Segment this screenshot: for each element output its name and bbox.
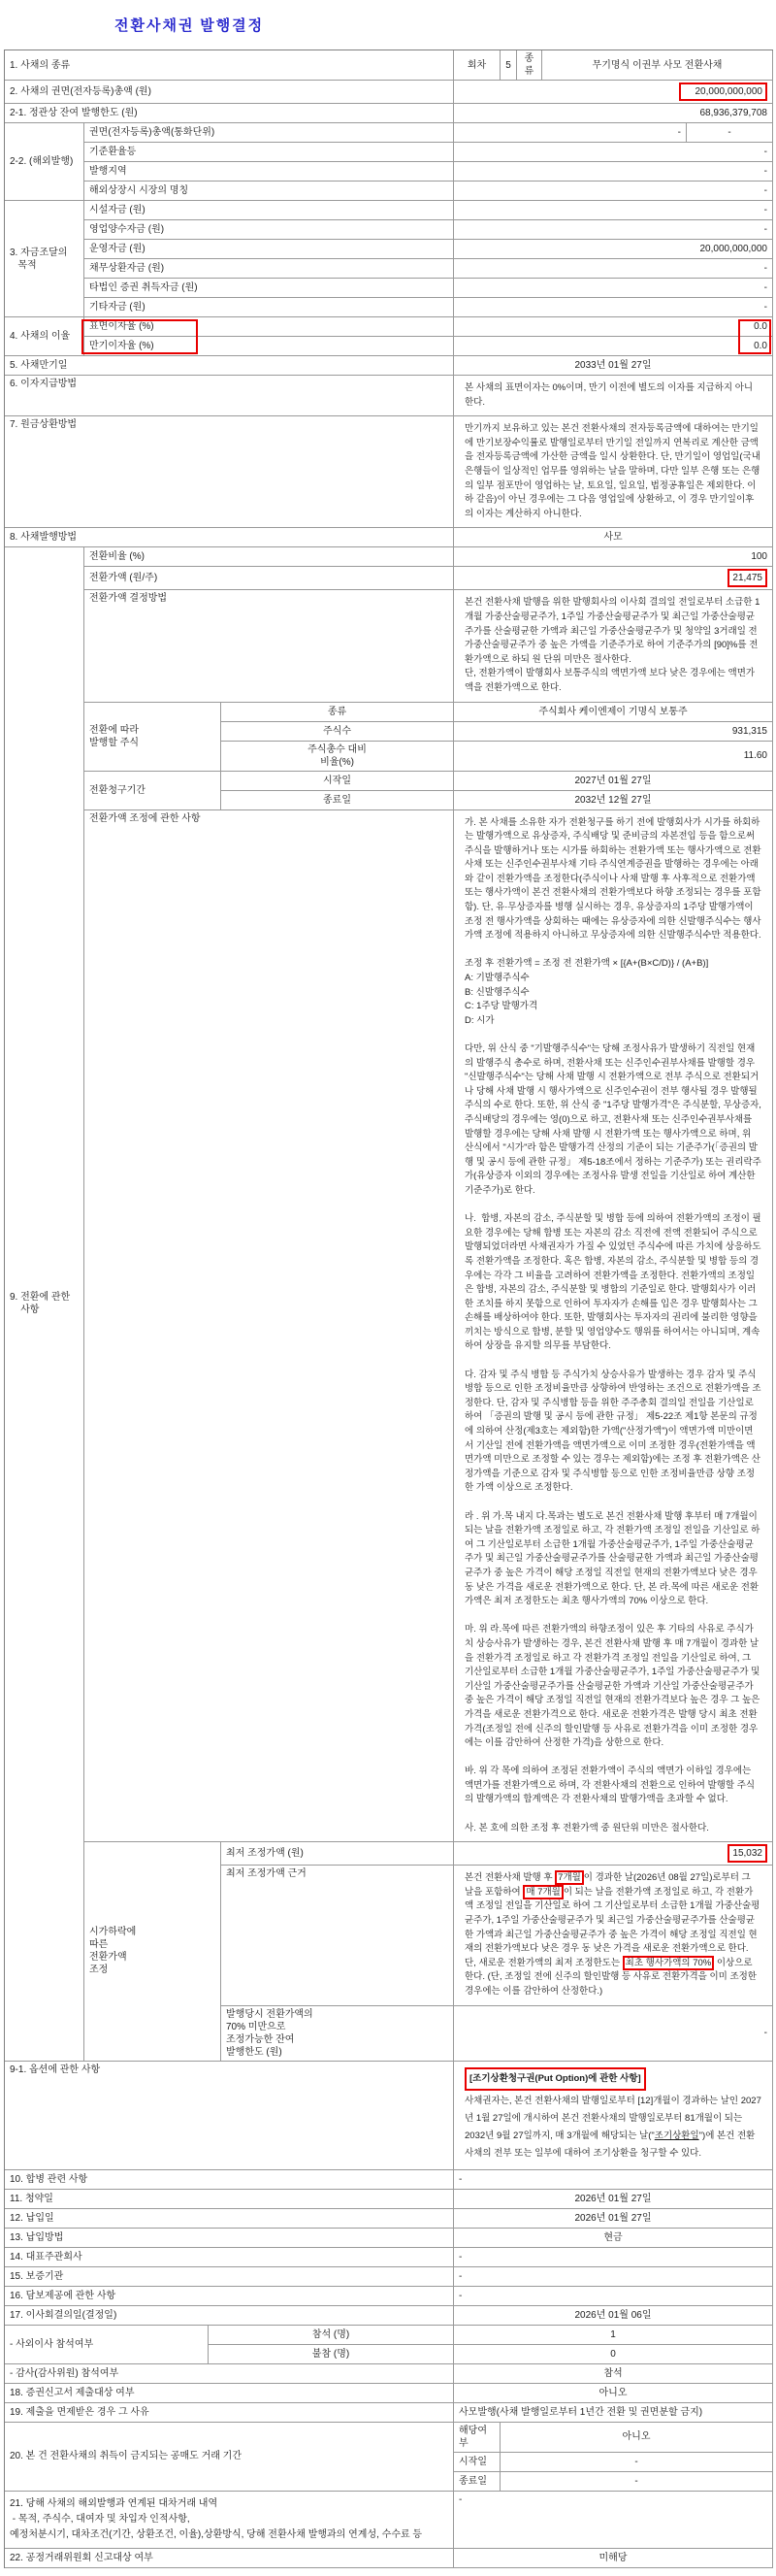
row-interest-payment: 6. 이자지급방법 본 사채의 표면이자는 0%이며, 만기 이전에 별도의 이… (5, 376, 773, 416)
conversion-label: 9. 전환에 관한 사항 (5, 547, 84, 2061)
row-14-label: 14. 대표주관회사 (5, 2248, 454, 2267)
basis-highlight-every-7-months: 매 7개월 (523, 1885, 563, 1899)
row-21-value: - (454, 2492, 773, 2549)
round-label: 회차 (454, 50, 501, 81)
type-label: 종류 (517, 50, 542, 81)
overseas-row-2-value: - (454, 162, 773, 182)
funding-row-4-value: - (454, 279, 773, 298)
row-18-value: 아니오 (454, 2384, 773, 2403)
absent-value: 0 (454, 2345, 773, 2364)
conversion-ratio-value: 100 (454, 547, 773, 567)
remaining-limit-value: - (454, 2006, 773, 2062)
disclosure-table: 1. 사채의 종류 회차 5 종류 무기명식 이권부 사모 전환사채 2. 사채… (4, 50, 773, 2568)
funding-row-2-value: 20,000,000,000 (454, 240, 773, 259)
attend-label: 참석 (명) (209, 2326, 454, 2345)
row-12-value: 2026년 01월 27일 (454, 2209, 773, 2229)
floor-price-highlight: 15,032 (727, 1844, 767, 1863)
row-bond-type: 1. 사채의 종류 회차 5 종류 무기명식 이권부 사모 전환사채 (5, 50, 773, 81)
row-15-label: 15. 보증기관 (5, 2267, 454, 2287)
row-2-1-label: 2-1. 정관상 잔여 발행한도 (원) (5, 104, 454, 123)
period-end-label: 종료일 (221, 791, 454, 810)
funding-row-4-label: 타법인 증권 취득자금 (원) (84, 279, 454, 298)
row-5-value: 2033년 01월 27일 (454, 356, 773, 376)
group-conversion: 9. 전환에 관한 사항 전환비율 (%)100 전환가액 (원/주) 21,4… (5, 547, 773, 2061)
overseas-row-0-label: 권면(전자등록)총액(통화단위) (84, 123, 454, 143)
funding-row-0-label: 시설자금 (원) (84, 201, 454, 220)
period-start-label: 시작일 (221, 772, 454, 791)
shortsell-apply-value: 아니오 (501, 2423, 773, 2453)
floor-basis-value: 본건 전환사채 발행 후 7개월이 경과한 날(2026년 08월 27일)로부… (459, 1867, 767, 2002)
page-title: 전환사채권 발행결정 (0, 0, 776, 50)
row-price-adjustment: 전환가액 조정에 관한 사항 가. 본 사채를 소유한 자가 전환청구를 하기 … (84, 810, 773, 1843)
overseas-row-3: 해외상장시 시장의 명칭 - (84, 182, 773, 201)
maturity-rate-value: 0.0 (454, 337, 773, 356)
rates-label: 4. 사채의 이율 (5, 317, 84, 356)
conversion-ratio-label: 전환비율 (%) (84, 547, 454, 567)
shortsell-end-label: 종료일 (454, 2472, 501, 2492)
maturity-rate-label: 만기이자율 (%) (84, 337, 454, 356)
absent-label: 불참 (명) (209, 2345, 454, 2364)
overseas-row-3-value: - (454, 182, 773, 201)
share-type-value: 주식회사 케이엔제이 기명식 보통주 (454, 703, 773, 722)
row-22-value: 미해당 (454, 2549, 773, 2568)
funding-row-5-value: - (454, 298, 773, 317)
overseas-row-2: 발행지역 - (84, 162, 773, 182)
funding-row-2-label: 운영자금 (원) (84, 240, 454, 259)
group-interest-rates: 4. 사채의 이율 표면이자율 (%)0.0 만기이자율 (%)0.0 (5, 317, 773, 356)
period-end-value: 2032년 12월 27일 (454, 791, 773, 810)
row-issue-method: 8. 사채발행방법 사모 (5, 528, 773, 547)
group-downward-adjustment: 시가하락에 따른 전환가액 조정 최저 조정가액 (원) 15,032 최저 조… (84, 1842, 773, 2061)
shortsell-start-label: 시작일 (454, 2453, 501, 2472)
row-15-value: - (454, 2267, 773, 2287)
funding-row-3-value: - (454, 259, 773, 279)
auditor-label: - 감사(감사위원) 참석여부 (5, 2364, 454, 2384)
basis-text-1: 본건 전환사채 발행 후 (465, 1872, 555, 1883)
overseas-row-1: 기준환율등 - (84, 143, 773, 162)
conversion-price-value: 21,475 (454, 567, 773, 590)
options-value: [조기상환청구권(Put Option)에 관한 사항] 사채권자는, 본건 전… (459, 2064, 767, 2167)
conversion-price-label: 전환가액 (원/주) (84, 567, 454, 590)
put-option-heading-highlight: [조기상환청구권(Put Option)에 관한 사항] (465, 2067, 646, 2091)
group-conversion-period: 전환청구기간 시작일2027년 01월 27일 종료일2032년 12월 27일 (84, 772, 773, 810)
floor-basis-label: 최저 조정가액 근거 (221, 1866, 454, 2005)
overseas-row-1-value: - (454, 143, 773, 162)
total-amount-highlight: 20,000,000,000 (679, 83, 767, 101)
attend-value: 1 (454, 2326, 773, 2345)
conversion-method-value: 본건 전환사채 발행을 위한 발행회사의 이사회 결의일 전일로부터 소급한 1… (459, 592, 767, 699)
shares-label: 전환에 따라 발행할 주식 (84, 703, 221, 772)
outside-directors-label: - 사외이사 참석여부 (5, 2326, 209, 2364)
downward-label: 시가하락에 따른 전환가액 조정 (84, 1842, 221, 2061)
row-2-value: 20,000,000,000 (454, 81, 773, 104)
group-overseas: 2-2. (해외발행) 권면(전자등록)총액(통화단위) - - 기준환율등 -… (5, 123, 773, 201)
share-count-value: 931,315 (454, 722, 773, 742)
funding-row-1-value: - (454, 220, 773, 240)
row-10-label: 10. 합병 관련 사항 (5, 2170, 454, 2190)
row-18-label: 18. 증권신고서 제출대상 여부 (5, 2384, 454, 2403)
group-shares-to-issue: 전환에 따라 발행할 주식 종류주식회사 케이엔제이 기명식 보통주 주식수93… (84, 703, 773, 772)
row-remaining-limit: 2-1. 정관상 잔여 발행한도 (원) 68,936,379,708 (5, 104, 773, 123)
overseas-row-0-value2: - (687, 123, 773, 143)
row-options: 9-1. 옵션에 관한 사항 [조기상환청구권(Put Option)에 관한 … (5, 2062, 773, 2170)
row-6-value: 본 사채의 표면이자는 0%이며, 만기 이전에 별도의 이자를 지급하지 아니… (459, 378, 767, 413)
funding-row-0-value: - (454, 201, 773, 220)
options-label: 9-1. 옵션에 관한 사항 (5, 2062, 454, 2170)
overseas-row-3-label: 해외상장시 시장의 명칭 (84, 182, 454, 201)
funding-row-1-label: 영업양수자금 (원) (84, 220, 454, 240)
row-11-label: 11. 청약일 (5, 2190, 454, 2209)
row-11-value: 2026년 01월 27일 (454, 2190, 773, 2209)
funding-label: 3. 자금조달의 목적 (5, 201, 84, 317)
row-16-value: - (454, 2287, 773, 2306)
row-19-label: 19. 제출을 면제받은 경우 그 사유 (5, 2403, 454, 2423)
overseas-row-1-label: 기준환율등 (84, 143, 454, 162)
put-option-underline: 조기상환일 (655, 2130, 699, 2141)
auditor-value: 참석 (454, 2364, 773, 2384)
type-value: 무기명식 이권부 사모 전환사채 (542, 50, 773, 81)
row-maturity-date: 5. 사채만기일 2033년 01월 27일 (5, 356, 773, 376)
overseas-row-2-label: 발행지역 (84, 162, 454, 182)
row-overseas-lending: 21. 당해 사채의 해외발행과 연계된 대차거래 내역 - 목적, 주식수, … (5, 2492, 773, 2549)
row-17-value: 2026년 01월 06일 (454, 2306, 773, 2326)
basis-highlight-7-months: 7개월 (555, 1870, 584, 1885)
basis-highlight-70-percent: 최초 행사가액의 70% (623, 1956, 715, 1970)
row-1-label: 1. 사채의 종류 (5, 50, 454, 81)
overseas-row-0: 권면(전자등록)총액(통화단위) - - (84, 123, 773, 143)
floor-price-label: 최저 조정가액 (원) (221, 1842, 454, 1866)
group-short-selling: 20. 본 건 전환사채의 취득이 금지되는 공매도 거래 기간 해당여부아니오… (5, 2423, 773, 2492)
group-funding: 3. 자금조달의 목적 시설자금 (원)- 영업양수자금 (원)- 운영자금 (… (5, 201, 773, 317)
conversion-method-label: 전환가액 결정방법 (84, 590, 454, 702)
adjustment-value: 가. 본 사채를 소유한 자가 전환청구를 하기 전에 발행회사가 시가를 하회… (459, 812, 767, 1840)
row-2-1-value: 68,936,379,708 (454, 104, 773, 123)
row-13-label: 13. 납입방법 (5, 2229, 454, 2248)
row-16-label: 16. 담보제공에 관한 사항 (5, 2287, 454, 2306)
row-2-label: 2. 사채의 권면(전자등록)총액 (원) (5, 81, 454, 104)
overseas-row-0-value: - (454, 123, 687, 143)
row-7-value: 만기까지 보유하고 있는 본건 전환사채의 전자등록금액에 대하여는 만기일에 … (459, 418, 767, 525)
share-type-label: 종류 (221, 703, 454, 722)
floor-price-value: 15,032 (454, 1842, 773, 1866)
row-total-amount: 2. 사채의 권면(전자등록)총액 (원) 20,000,000,000 (5, 81, 773, 104)
row-17-label: 17. 이사회결의일(결정일) (5, 2306, 454, 2326)
row-8-value: 사모 (454, 528, 773, 547)
group-outside-directors: - 사외이사 참석여부 참석 (명)1 불참 (명)0 (5, 2326, 773, 2364)
row-12-label: 12. 납입일 (5, 2209, 454, 2229)
adjustment-label: 전환가액 조정에 관한 사항 (84, 810, 454, 1843)
period-label: 전환청구기간 (84, 772, 221, 810)
share-count-label: 주식수 (221, 722, 454, 742)
row-19-value: 사모발행(사채 발행일로부터 1년간 전환 및 권면분할 금지) (454, 2403, 773, 2423)
row-10-value: - (454, 2170, 773, 2190)
row-8-label: 8. 사채발행방법 (5, 528, 454, 547)
row-6-label: 6. 이자지급방법 (5, 376, 454, 416)
row-7-label: 7. 원금상환방법 (5, 416, 454, 528)
remaining-limit-label: 발행당시 전환가액의 70% 미만으로 조정가능한 잔여 발행한도 (원) (221, 2006, 454, 2062)
shortsell-apply-label: 해당여부 (454, 2423, 501, 2453)
shortsell-start-value: - (501, 2453, 773, 2472)
row-principal-repayment: 7. 원금상환방법 만기까지 보유하고 있는 본건 전환사채의 전자등록금액에 … (5, 416, 773, 528)
row-21-label: 21. 당해 사채의 해외발행과 연계된 대차거래 내역 - 목적, 주식수, … (5, 2492, 454, 2549)
share-ratio-label: 주식총수 대비 비율(%) (221, 742, 454, 772)
funding-row-3-label: 채무상환자금 (원) (84, 259, 454, 279)
conversion-price-highlight: 21,475 (727, 569, 767, 587)
share-ratio-value: 11.60 (454, 742, 773, 772)
surface-rate-value: 0.0 (454, 317, 773, 337)
funding-row-5-label: 기타자금 (원) (84, 298, 454, 317)
shortsell-end-value: - (501, 2472, 773, 2492)
period-start-value: 2027년 01월 27일 (454, 772, 773, 791)
overseas-label: 2-2. (해외발행) (5, 123, 84, 201)
row-22-label: 22. 공정거래위원회 신고대상 여부 (5, 2549, 454, 2568)
row-13-value: 현금 (454, 2229, 773, 2248)
short-selling-label: 20. 본 건 전환사채의 취득이 금지되는 공매도 거래 기간 (5, 2423, 454, 2492)
round-value: 5 (501, 50, 517, 81)
row-14-value: - (454, 2248, 773, 2267)
surface-rate-label: 표면이자율 (%) (84, 317, 454, 337)
basis-text-3: 이 되는 날을 전환가액 조정일로 하고, 각 전환가액 조정일 전일을 기산일… (465, 1887, 760, 1968)
row-5-label: 5. 사채만기일 (5, 356, 454, 376)
